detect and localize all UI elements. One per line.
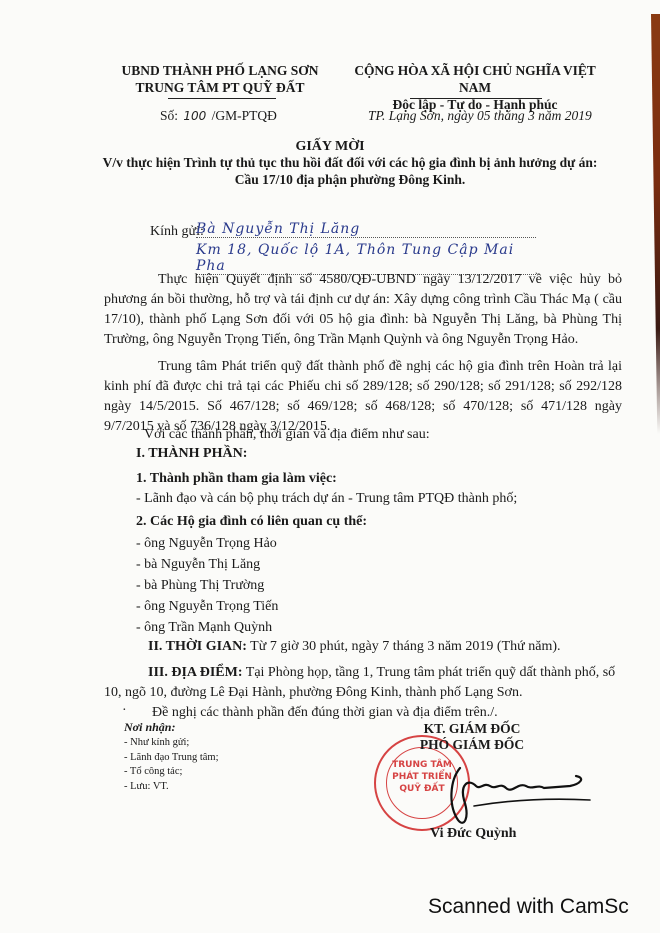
scan-edge-artifact <box>651 14 660 434</box>
document-number: Số: 100 /GM-PTQĐ <box>160 108 277 124</box>
paragraph-text: Thực hiện Quyết định số 4580/QĐ-UBND ngà… <box>104 272 622 347</box>
place-date: TP. Lạng Sơn, ngày 05 tháng 3 năm 2019 <box>368 108 592 124</box>
section-1-sub2-heading: 2. Các Hộ gia đình có liên quan cụ thể: <box>136 514 367 530</box>
national-header: CỘNG HÒA XÃ HỘI CHỦ NGHĨA VIỆT NAM Độc l… <box>340 62 610 113</box>
list-item: - Lưu: VT. <box>124 780 219 795</box>
recipients-list: - Như kính gửi; - Lãnh đạo Trung tâm; - … <box>124 736 219 794</box>
document-title: GIẤY MỜI <box>0 138 660 155</box>
section-1-sub1-heading: 1. Thành phần tham gia làm việc: <box>136 471 337 487</box>
recipients-title: Nơi nhận: <box>124 720 175 735</box>
list-item: - ông Nguyễn Trọng Hảo <box>136 533 278 554</box>
scanner-watermark: Scanned with CamSc <box>428 895 629 919</box>
list-item: - ông Trần Mạnh Quỳnh <box>136 617 278 638</box>
motto-underline <box>410 98 542 99</box>
list-item: - bà Nguyễn Thị Lăng <box>136 554 278 575</box>
list-item: - Lãnh đạo Trung tâm; <box>124 751 219 766</box>
list-item: - ông Nguyễn Trọng Tiến <box>136 596 278 617</box>
agency-underline <box>168 98 276 99</box>
body-paragraph-2: Trung tâm Phát triển quỹ đất thành phố đ… <box>104 357 622 437</box>
section-2-text: Từ 7 giờ 30 phút, ngày 7 tháng 3 năm 201… <box>247 639 561 654</box>
paragraph-text: Trung tâm Phát triển quỹ đất thành phố đ… <box>104 359 622 434</box>
section-2-heading: II. THỜI GIAN: <box>148 639 247 654</box>
handwritten-signature <box>420 760 600 830</box>
section-3-heading: III. ĐỊA ĐIỂM: <box>148 665 243 680</box>
document-subtitle: V/v thực hiện Trình tự thủ tục thu hồi đ… <box>90 154 610 188</box>
list-item: - bà Phùng Thị Trường <box>136 575 278 596</box>
recipient-name-line: Bà Nguyễn Thị Lăng <box>196 220 536 238</box>
body-paragraph-1: Thực hiện Quyết định số 4580/QĐ-UBND ngà… <box>104 270 622 350</box>
section-1-sub1-item: - Lãnh đạo và cán bộ phụ trách dự án - T… <box>136 491 517 507</box>
signer-name: Vi Đức Quỳnh <box>430 826 516 842</box>
list-item: - Như kính gửi; <box>124 736 219 751</box>
agency-header: UBND THÀNH PHỐ LẠNG SƠN TRUNG TÂM PT QUỸ… <box>104 62 336 96</box>
signature-title-2: PHÓ GIÁM ĐỐC <box>392 737 552 753</box>
section-3: III. ĐỊA ĐIỂM: Tại Phòng họp, tầng 1, Tr… <box>104 663 622 703</box>
closing-sentence: Đề nghị các thành phần đến đúng thời gia… <box>152 705 498 721</box>
agency-parent: UBND THÀNH PHỐ LẠNG SƠN <box>104 62 336 79</box>
section-2: II. THỜI GIAN: Từ 7 giờ 30 phút, ngày 7 … <box>148 639 561 655</box>
stray-mark: · <box>122 703 127 719</box>
doc-number-suffix: /GM-PTQĐ <box>212 108 277 123</box>
country-name: CỘNG HÒA XÃ HỘI CHỦ NGHĨA VIỆT NAM <box>340 62 610 96</box>
household-list: - ông Nguyễn Trọng Hảo - bà Nguyễn Thị L… <box>136 533 278 638</box>
agency-name: TRUNG TÂM PT QUỸ ĐẤT <box>104 79 336 96</box>
doc-number-handwritten: 100 <box>183 109 206 123</box>
doc-number-prefix: Số: <box>160 108 178 123</box>
signature-block: KT. GIÁM ĐỐC PHÓ GIÁM ĐỐC <box>392 721 552 753</box>
recipient-name-handwritten: Bà Nguyễn Thị Lăng <box>196 221 536 238</box>
list-item: - Tổ công tác; <box>124 765 219 780</box>
body-paragraph-3: Với các thành phần, thời gian và địa điể… <box>144 427 430 443</box>
signature-title-1: KT. GIÁM ĐỐC <box>392 721 552 737</box>
section-1-heading: I. THÀNH PHẦN: <box>136 446 247 462</box>
